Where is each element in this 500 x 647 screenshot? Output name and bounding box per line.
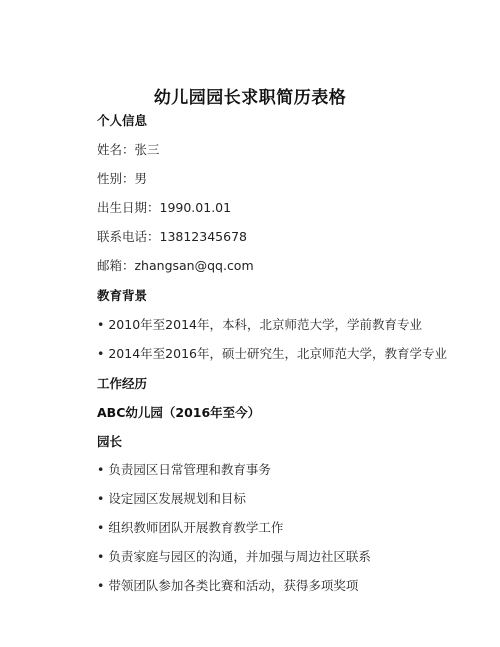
page-title: 幼儿园园长求职简历表格 bbox=[0, 83, 500, 108]
duty-item: 负责家庭与园区的沟通，并加强与周边社区联系 bbox=[97, 547, 371, 565]
gender-field: 性别：男 bbox=[97, 169, 147, 187]
duty-item: 负责园区日常管理和教育事务 bbox=[97, 460, 271, 478]
phone-field: 联系电话：13812345678 bbox=[97, 227, 247, 245]
position-title: 园长 bbox=[97, 432, 122, 450]
duty-item: 设定园区发展规划和目标 bbox=[97, 489, 246, 507]
section-heading-education: 教育背景 bbox=[97, 286, 147, 304]
education-item: 2014年至2016年，硕士研究生，北京师范大学，教育学专业 bbox=[97, 344, 447, 362]
duty-item: 带领团队参加各类比赛和活动，获得多项奖项 bbox=[97, 576, 358, 594]
name-field: 姓名：张三 bbox=[97, 140, 160, 158]
section-heading-work: 工作经历 bbox=[97, 374, 147, 392]
duty-item: 组织教师团队开展教育教学工作 bbox=[97, 518, 283, 536]
email-field: 邮箱：zhangsan@qq.com bbox=[97, 256, 254, 274]
education-item: 2010年至2014年，本科，北京师范大学，学前教育专业 bbox=[97, 315, 422, 333]
birth-field: 出生日期：1990.01.01 bbox=[97, 198, 231, 216]
company-name: ABC幼儿园（2016年至今） bbox=[97, 403, 260, 421]
section-heading-personal: 个人信息 bbox=[97, 111, 147, 129]
